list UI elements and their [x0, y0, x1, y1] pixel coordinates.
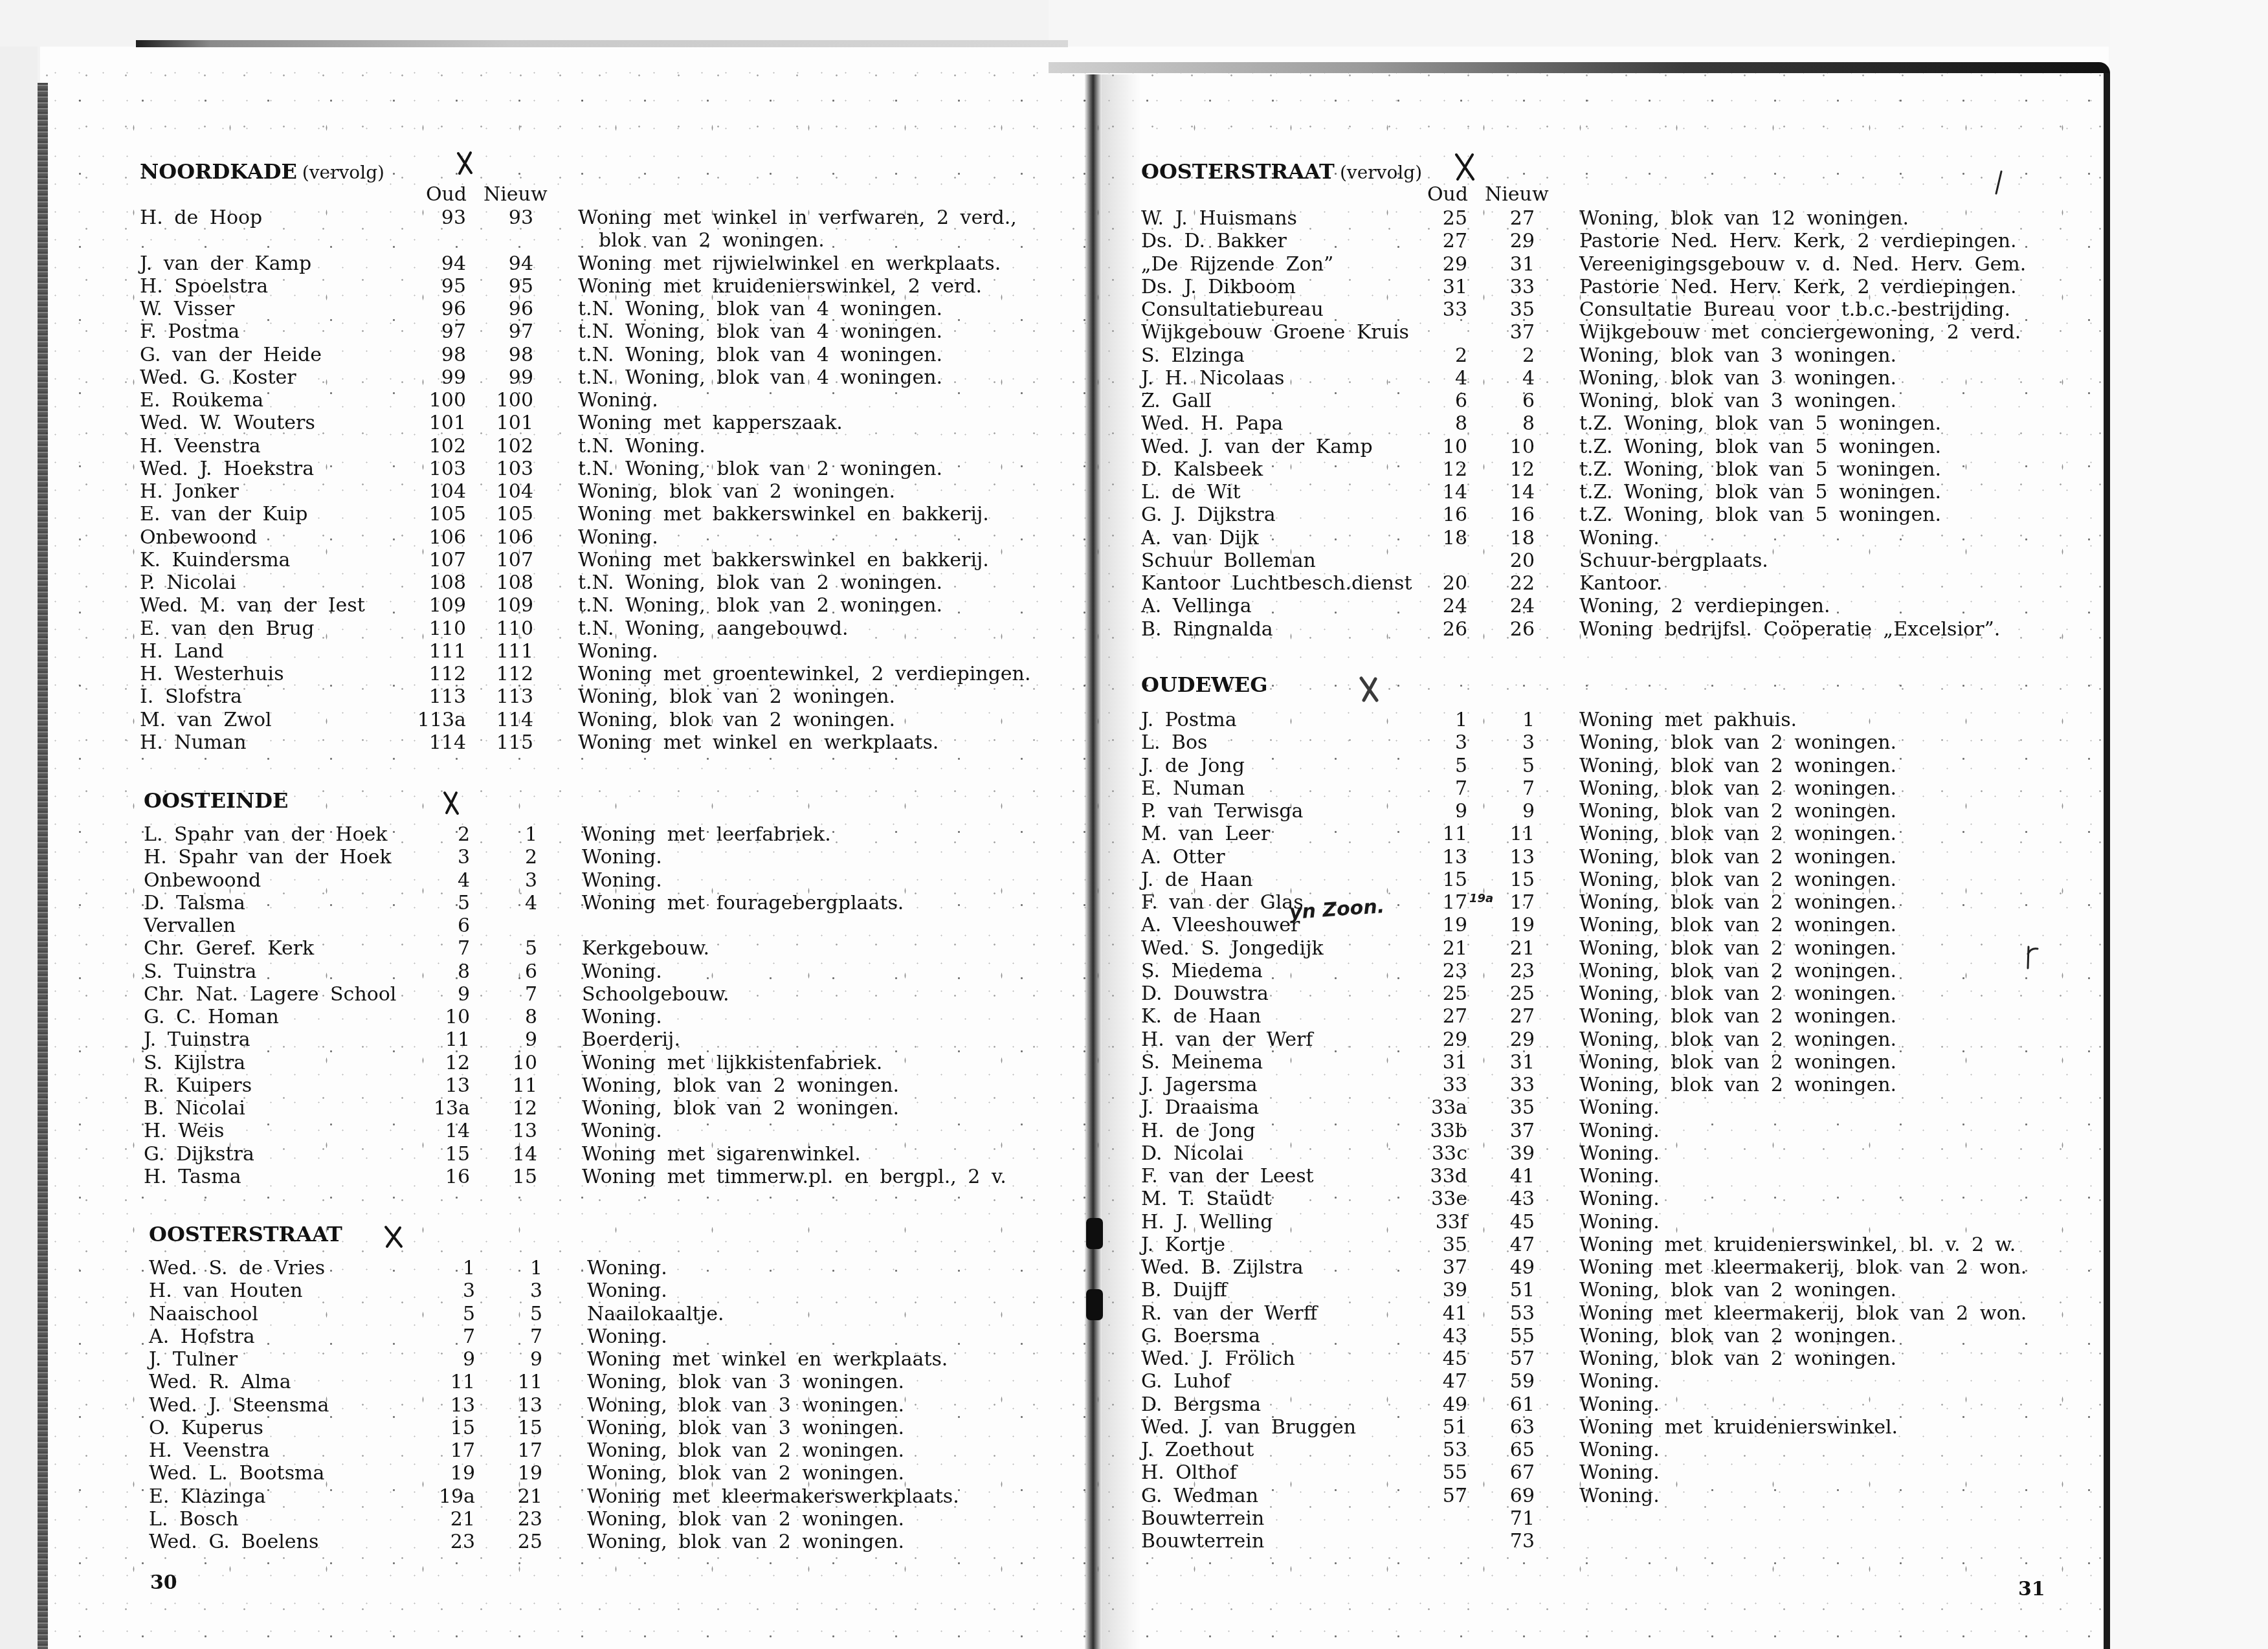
old-house-number: 19 — [397, 1462, 475, 1485]
table-row: M. van Zwol 113a 114 Woning, blok van 2 … — [140, 709, 1072, 731]
old-house-number: 13 — [1390, 846, 1467, 869]
new-house-number: 43 — [1470, 1188, 1535, 1210]
old-house-number: 25 — [1390, 207, 1467, 230]
resident-name: D. Talsma — [144, 892, 245, 914]
resident-name: Kantoor Luchtbesch.dienst — [1141, 572, 1412, 595]
building-description: Woning met timmerw.pl. en bergpl., 2 v. — [582, 1166, 1006, 1188]
old-house-number: 9 — [1390, 800, 1467, 823]
resident-name: H. Westerhuis — [140, 663, 284, 685]
new-house-number: 97 — [469, 320, 533, 343]
row-line: A. Hofstra 7 7 Woning. — [149, 1325, 1081, 1348]
resident-name: L. de Wit — [1141, 481, 1240, 504]
row-line: S. Miedema 23 23 Woning, blok van 2 woni… — [1141, 960, 2073, 982]
new-house-number: 67 — [1470, 1461, 1535, 1484]
row-line: Schuur Bolleman 20 Schuur-bergplaats. — [1141, 549, 2073, 572]
resident-name: W. J. Huismans — [1141, 207, 1297, 230]
resident-name: Ds. D. Bakker — [1141, 230, 1287, 252]
building-description: Vereenigingsgebouw v. d. Ned. Herv. Gem. — [1579, 253, 2026, 276]
building-description: Woning, blok van 2 woningen. — [1579, 960, 1896, 982]
row-line: F. Postma 97 97 t.N. Woning, blok van 4 … — [140, 320, 1072, 343]
new-house-number: 14 — [1470, 481, 1535, 504]
continued-label: (vervolg) — [302, 162, 384, 183]
resident-name: I. Slofstra — [140, 685, 242, 708]
new-house-number: 4 — [472, 892, 537, 914]
new-house-number: 1 — [1470, 709, 1535, 731]
row-line: H. Westerhuis 112 112 Woning met groente… — [140, 663, 1072, 685]
table-row: G. J. Dijkstra 16 16 t.Z. Woning, blok v… — [1141, 504, 2073, 526]
old-house-number: 19a — [397, 1485, 475, 1508]
booklet-spine — [1085, 74, 1102, 1649]
resident-name: H. van der Werf — [1141, 1028, 1313, 1051]
table-row: J. de Haan 15 15 Woning, blok van 2 woni… — [1141, 869, 2073, 891]
building-description: Woning. — [582, 1120, 662, 1142]
new-house-number: 63 — [1470, 1416, 1535, 1439]
new-house-number: 51 — [1470, 1279, 1535, 1301]
resident-name: J. Zoethout — [1141, 1439, 1254, 1461]
resident-name: H. Land — [140, 640, 224, 663]
old-house-number: 98 — [388, 344, 466, 366]
section-heading: OOSTERSTRAAT — [149, 1223, 1081, 1246]
table-row: Wed. S. Jongedijk 21 21 Woning, blok van… — [1141, 937, 2073, 960]
resident-name: Wed. G. Koster — [140, 366, 296, 389]
old-house-number: 6 — [392, 914, 470, 937]
building-description: Woning met kapperszaak. — [578, 412, 843, 434]
old-house-number: 13 — [397, 1394, 475, 1417]
building-description: Schuur-bergplaats. — [1579, 549, 1768, 572]
old-house-number: 8 — [1390, 412, 1467, 435]
handwritten-x-mark-icon — [1356, 676, 1382, 702]
row-line: Chr. Geref. Kerk 7 5 Kerkgebouw. — [144, 937, 1076, 960]
table-row: Wed. W. Wouters 101 101 Woning met kappe… — [140, 412, 1072, 434]
row-line: K. de Haan 27 27 Woning, blok van 2 woni… — [1141, 1005, 2073, 1028]
old-house-number: 33f — [1390, 1211, 1467, 1234]
new-house-number: 102 — [469, 435, 533, 458]
building-description: t.Z. Woning, blok van 5 woningen. — [1579, 458, 1941, 481]
new-house-number: 109 — [469, 594, 533, 617]
resident-name: D. Douwstra — [1141, 982, 1269, 1005]
resident-name: J. Postma — [1141, 709, 1237, 731]
table-row: W. Visser 96 96 t.N. Woning, blok van 4 … — [140, 298, 1072, 320]
row-line: H. Weis 14 13 Woning. — [144, 1120, 1076, 1142]
street-name: OOSTEINDE — [144, 788, 288, 813]
new-house-number: 33 — [1470, 1074, 1535, 1096]
new-house-number: 26 — [1470, 618, 1535, 641]
old-house-number: 14 — [392, 1120, 470, 1142]
building-description: Pastorie Ned. Herv. Kerk, 2 verdiepingen… — [1579, 230, 2017, 252]
table-row: H. J. Welling 33f 45 Woning. — [1141, 1211, 2073, 1234]
table-row: S. Tuinstra 8 6 Woning. — [144, 960, 1076, 983]
old-house-number: 12 — [392, 1052, 470, 1074]
row-line: E. Klazinga 19a 21 Woning met kleermaker… — [149, 1485, 1081, 1508]
table-row: A. Otter 13 13 Woning, blok van 2 woning… — [1141, 846, 2073, 869]
resident-name: Wed. J. van der Kamp — [1141, 436, 1373, 458]
page-top-edge — [136, 40, 1068, 47]
old-house-number: 97 — [388, 320, 466, 343]
row-line: G. Wedman 57 69 Woning. — [1141, 1485, 2073, 1507]
new-house-number: 98 — [469, 344, 533, 366]
row-line: B. Duijff 39 51 Woning, blok van 2 wonin… — [1141, 1279, 2073, 1301]
new-house-number: 13 — [478, 1394, 542, 1417]
building-description: Schoolgebouw. — [582, 983, 729, 1006]
row-line: J. Tuinstra 11 9 Boerderij. — [144, 1028, 1076, 1051]
resident-name: Wed. J. van Bruggen — [1141, 1416, 1356, 1439]
building-description: Woning met kleermakerij, blok van 2 won. — [1579, 1302, 2027, 1325]
resident-name: Naaischool — [149, 1303, 258, 1325]
building-description: Woning met bakkerswinkel en bakkerij. — [578, 549, 989, 571]
resident-name: A. Hofstra — [149, 1325, 255, 1348]
table-row: Wed. R. Alma 11 11 Woning, blok van 3 wo… — [149, 1371, 1081, 1393]
table-row: H. van der Werf 29 29 Woning, blok van 2… — [1141, 1028, 2073, 1051]
row-line: Wed. B. Zijlstra 37 49 Woning met kleerm… — [1141, 1256, 2073, 1279]
resident-name: F. van der Glas — [1141, 891, 1304, 914]
resident-name: H. van Houten — [149, 1279, 303, 1302]
row-line: G. Luhof 47 59 Woning. — [1141, 1370, 2073, 1393]
building-description: Woning. — [1579, 1211, 1660, 1234]
column-header-oud: Oud — [1390, 183, 1468, 206]
resident-name: Wed. L. Bootsma — [149, 1462, 324, 1485]
new-house-number: 114 — [469, 709, 533, 731]
old-house-number: 20 — [1390, 572, 1467, 595]
old-house-number: 7 — [392, 937, 470, 960]
new-house-number: 6 — [1470, 390, 1535, 412]
table-row: R. van der Werff 41 53 Woning met kleerm… — [1141, 1302, 2073, 1325]
row-line: R. Kuipers 13 11 Woning, blok van 2 woni… — [144, 1074, 1076, 1097]
new-house-number: 15 — [1470, 869, 1535, 891]
building-description: Woning. — [587, 1279, 667, 1302]
old-house-number: 31 — [1390, 276, 1467, 298]
table-row: S. Elzinga 2 2 Woning, blok van 3 woning… — [1141, 344, 2073, 367]
building-description: Woning met winkel in verfwaren, 2 verd., — [578, 206, 1017, 229]
resident-name: Onbewoond — [140, 526, 257, 549]
old-house-number: 10 — [1390, 436, 1467, 458]
new-house-number: 2 — [472, 846, 537, 869]
table-row: H. Numan 114 115 Woning met winkel en we… — [140, 731, 1072, 754]
old-house-number: 17 — [397, 1439, 475, 1462]
new-house-number: 15 — [478, 1417, 542, 1439]
row-line: W. J. Huismans 25 27 Woning, blok van 12… — [1141, 207, 2073, 230]
old-house-number: 11 — [397, 1371, 475, 1393]
table-row: H. van Houten 3 3 Woning. — [149, 1279, 1081, 1302]
table-row: P. van Terwisga 9 9 Woning, blok van 2 w… — [1141, 800, 2073, 823]
resident-name: Chr. Geref. Kerk — [144, 937, 314, 960]
new-house-number: 73 — [1470, 1530, 1535, 1553]
new-house-number: 27 — [1470, 207, 1535, 230]
old-house-number: 43 — [1390, 1325, 1467, 1347]
building-description: Woning, blok van 2 woningen. — [1579, 755, 1896, 777]
old-house-number: 11 — [392, 1028, 470, 1051]
old-house-number: 93 — [388, 206, 466, 229]
old-house-number: 1 — [397, 1257, 475, 1279]
row-line: L. Spahr van der Hoek 2 1 Woning met lee… — [144, 823, 1076, 846]
table-row: A. Vleeshouwer 19 19 Woning, blok van 2 … — [1141, 914, 2073, 936]
resident-name: H. Spahr van der Hoek — [144, 846, 392, 869]
new-house-number: 13 — [472, 1120, 537, 1142]
new-house-number: 19 — [478, 1462, 542, 1485]
table-row: D. Talsma 5 4 Woning met fouragebergplaa… — [144, 892, 1076, 914]
resident-name: P. van Terwisga — [1141, 800, 1303, 823]
new-house-number: 13 — [1470, 846, 1535, 869]
new-house-number: 59 — [1470, 1370, 1535, 1393]
new-house-number: 71 — [1470, 1507, 1535, 1530]
new-house-number: 93 — [469, 206, 533, 229]
new-house-number: 9 — [472, 1028, 537, 1051]
building-description: Woning, blok van 2 woningen. — [582, 1074, 899, 1097]
building-description: Woning, blok van 2 woningen. — [1579, 823, 1896, 845]
new-house-number: 47 — [1470, 1234, 1535, 1256]
building-description: Woning, blok van 2 woningen. — [578, 709, 895, 731]
resident-name: O. Kuperus — [149, 1417, 263, 1439]
row-line: S. Elzinga 2 2 Woning, blok van 3 woning… — [1141, 344, 2073, 367]
resident-name: L. Bosch — [149, 1508, 239, 1531]
section-oudeweg: OUDEWEG J. Postma 1 1 Woning met pakhuis… — [1141, 673, 2073, 1553]
building-description: t.Z. Woning, blok van 5 woningen. — [1579, 436, 1941, 458]
table-row: L. Bos 3 3 Woning, blok van 2 woningen. — [1141, 731, 2073, 754]
table-row: Wed. J. van der Kamp 10 10 t.Z. Woning, … — [1141, 436, 2073, 458]
resident-name: K. de Haan — [1141, 1005, 1261, 1028]
row-line: J. Tulner 9 9 Woning met winkel en werkp… — [149, 1348, 1081, 1371]
table-row: D. Nicolai 33c 39 Woning. — [1141, 1142, 2073, 1165]
resident-name: B. Ringnalda — [1141, 618, 1273, 641]
old-house-number: 112 — [388, 663, 466, 685]
resident-name: Ds. J. Dikboom — [1141, 276, 1296, 298]
table-row: H. Weis 14 13 Woning. — [144, 1120, 1076, 1142]
resident-name: W. Visser — [140, 298, 234, 320]
new-house-number: 104 — [469, 480, 533, 503]
building-description: Woning. — [582, 846, 662, 869]
new-house-number: 29 — [1470, 1028, 1535, 1051]
resident-name: H. J. Welling — [1141, 1211, 1273, 1234]
row-line: J. H. Nicolaas 4 4 Woning, blok van 3 wo… — [1141, 367, 2073, 390]
table-row: H. Veenstra 17 17 Woning, blok van 2 won… — [149, 1439, 1081, 1462]
resident-name: P. Nicolai — [140, 571, 236, 594]
new-house-number: 17 — [478, 1439, 542, 1462]
resident-name: E. Roukema — [140, 389, 263, 412]
table-row: H. Jonker 104 104 Woning, blok van 2 won… — [140, 480, 1072, 503]
row-line: H. van Houten 3 3 Woning. — [149, 1279, 1081, 1302]
new-house-number: 9 — [478, 1348, 542, 1371]
table-row: Wed. B. Zijlstra 37 49 Woning met kleerm… — [1141, 1256, 2073, 1279]
scan-background — [2110, 0, 2268, 1649]
street-name: OOSTERSTRAAT — [149, 1222, 342, 1246]
table-row: G. Boersma 43 55 Woning, blok van 2 woni… — [1141, 1325, 2073, 1347]
scan-background — [0, 47, 38, 1649]
table-row: Ds. J. Dikboom 31 33 Pastorie Ned. Herv.… — [1141, 276, 2073, 298]
building-description: Woning. — [1579, 1461, 1660, 1484]
old-house-number: 13 — [392, 1074, 470, 1097]
table-row: Onbewoond 106 106 Woning. — [140, 526, 1072, 549]
new-house-number: 3 — [1470, 731, 1535, 754]
resident-name: G. Luhof — [1141, 1370, 1230, 1393]
old-house-number: 33d — [1390, 1165, 1467, 1188]
page-number: 31 — [2018, 1578, 2045, 1600]
resident-name: Wed. H. Papa — [1141, 412, 1283, 435]
table-row: Wed. J. Steensma 13 13 Woning, blok van … — [149, 1394, 1081, 1417]
row-line: Wed. J. Frölich 45 57 Woning, blok van 2… — [1141, 1347, 2073, 1370]
new-house-number: 25 — [1470, 982, 1535, 1005]
table-row: S. Miedema 23 23 Woning, blok van 2 woni… — [1141, 960, 2073, 982]
table-row: H. Spoelstra 95 95 Woning met kruidenier… — [140, 275, 1072, 298]
row-line: Chr. Nat. Lagere School 9 7 Schoolgebouw… — [144, 983, 1076, 1006]
table-row: P. Nicolai 108 108 t.N. Woning, blok van… — [140, 571, 1072, 594]
new-house-number: 18 — [1470, 527, 1535, 549]
table-row: J. van der Kamp 94 94 Woning met rijwiel… — [140, 252, 1072, 275]
old-house-number: 33e — [1390, 1188, 1467, 1210]
row-line: H. Numan 114 115 Woning met winkel en we… — [140, 731, 1072, 754]
old-house-number: 27 — [1390, 230, 1467, 252]
new-house-number: 55 — [1470, 1325, 1535, 1347]
table-row: H. de Jong 33b 37 Woning. — [1141, 1120, 2073, 1142]
new-house-number: 5 — [478, 1303, 542, 1325]
building-description: Naailokaaltje. — [587, 1303, 724, 1325]
building-description: Woning, blok van 2 woningen. — [1579, 731, 1896, 754]
row-line: Wed. H. Papa 8 8 t.Z. Woning, blok van 5… — [1141, 412, 2073, 435]
old-house-number: 11 — [1390, 823, 1467, 845]
table-row: B. Ringnalda 26 26 Woning bedrijfsl. Coö… — [1141, 618, 2073, 641]
row-line: Wed. W. Wouters 101 101 Woning met kappe… — [140, 412, 1072, 434]
table-row: L. Bosch 21 23 Woning, blok van 2 woning… — [149, 1508, 1081, 1531]
row-line: H. Jonker 104 104 Woning, blok van 2 won… — [140, 480, 1072, 503]
old-house-number: 37 — [1390, 1256, 1467, 1279]
row-line: K. Kuindersma 107 107 Woning met bakkers… — [140, 549, 1072, 571]
row-line: G. Dijkstra 15 14 Woning met sigarenwink… — [144, 1143, 1076, 1166]
resident-name: A. Vellinga — [1141, 595, 1252, 617]
old-house-number: 107 — [388, 549, 466, 571]
old-house-number: 49 — [1390, 1393, 1467, 1416]
building-description: Woning met rijwielwinkel en werkplaats. — [578, 252, 1001, 275]
resident-name: R. Kuipers — [144, 1074, 252, 1097]
table-row: Naaischool 5 5 Naailokaaltje. — [149, 1303, 1081, 1325]
resident-name: J. H. Nicolaas — [1141, 367, 1284, 390]
building-description: Woning, blok van 12 woningen. — [1579, 207, 1909, 230]
table-row: H. Land 111 111 Woning. — [140, 640, 1072, 663]
old-house-number: 14 — [1390, 481, 1467, 504]
row-line: A. Otter 13 13 Woning, blok van 2 woning… — [1141, 846, 2073, 869]
building-description: Woning. — [587, 1325, 667, 1348]
building-description: Woning. — [1579, 1120, 1660, 1142]
building-description: Boerderij. — [582, 1028, 680, 1051]
row-line: B. Nicolai 13a 12 Woning, blok van 2 won… — [144, 1097, 1076, 1120]
resident-name: J. Tuinstra — [144, 1028, 250, 1051]
row-line: J. de Jong 5 5 Woning, blok van 2 woning… — [1141, 755, 2073, 777]
building-description: Woning, blok van 2 woningen. — [587, 1508, 904, 1531]
building-description: Woning, blok van 2 woningen. — [1579, 914, 1896, 936]
resident-name: M. T. Staüdt — [1141, 1188, 1272, 1210]
resident-name: H. Numan — [140, 731, 246, 754]
new-house-number: 2 — [1470, 344, 1535, 367]
table-row: D. Bergsma 49 61 Woning. — [1141, 1393, 2073, 1416]
new-house-number: 65 — [1470, 1439, 1535, 1461]
building-description: Woning. — [1579, 1142, 1660, 1165]
resident-name: J. de Jong — [1141, 755, 1245, 777]
table-row: H. Tasma 16 15 Woning met timmerw.pl. en… — [144, 1166, 1076, 1188]
old-house-number: 13a — [392, 1097, 470, 1120]
new-house-number: 14 — [472, 1143, 537, 1166]
resident-name: Bouwterrein — [1141, 1530, 1264, 1553]
new-house-number: 21 — [478, 1485, 542, 1508]
building-description: Woning. — [582, 869, 662, 892]
table-row: Wed. G. Boelens 23 25 Woning, blok van 2… — [149, 1531, 1081, 1553]
row-line: H. Veenstra 102 102 t.N. Woning. — [140, 435, 1072, 458]
row-line: H. Olthof 55 67 Woning. — [1141, 1461, 2073, 1484]
resident-name: G. Wedman — [1141, 1485, 1258, 1507]
new-house-number: 5 — [1470, 755, 1535, 777]
new-house-number: 29 — [1470, 230, 1535, 252]
table-row: R. Kuipers 13 11 Woning, blok van 2 woni… — [144, 1074, 1076, 1097]
new-house-number: 37 — [1470, 1120, 1535, 1142]
resident-name: Wed. S. Jongedijk — [1141, 937, 1324, 960]
row-line: H. van der Werf 29 29 Woning, blok van 2… — [1141, 1028, 2073, 1051]
address-list: W. J. Huismans 25 27 Woning, blok van 12… — [1141, 207, 2073, 641]
new-house-number: 95 — [469, 275, 533, 298]
building-description: Woning, blok van 3 woningen. — [1579, 390, 1896, 412]
old-house-number: 5 — [397, 1303, 475, 1325]
row-line: H. Spoelstra 95 95 Woning met kruidenier… — [140, 275, 1072, 298]
resident-name: H. Veenstra — [149, 1439, 270, 1462]
old-house-number: 104 — [388, 480, 466, 503]
resident-name: G. Boersma — [1141, 1325, 1260, 1347]
table-row: J. H. Nicolaas 4 4 Woning, blok van 3 wo… — [1141, 367, 2073, 390]
row-line: Kantoor Luchtbesch.dienst 20 22 Kantoor. — [1141, 572, 2073, 595]
old-house-number: 19 — [1390, 914, 1467, 936]
old-house-number: 2 — [392, 823, 470, 846]
table-row: H. Veenstra 102 102 t.N. Woning. — [140, 435, 1072, 458]
old-house-number: 39 — [1390, 1279, 1467, 1301]
resident-name: E. van den Brug — [140, 617, 314, 640]
table-row: Chr. Nat. Lagere School 9 7 Schoolgebouw… — [144, 983, 1076, 1006]
new-house-number: 12 — [1470, 458, 1535, 481]
row-line: H. Spahr van der Hoek 3 2 Woning. — [144, 846, 1076, 869]
row-line: Z. Gall 6 6 Woning, blok van 3 woningen. — [1141, 390, 2073, 412]
old-house-number: 106 — [388, 526, 466, 549]
page-top-edge — [1049, 62, 2110, 73]
table-row: E. Numan 7 7 Woning, blok van 2 woningen… — [1141, 777, 2073, 800]
new-house-number: 37 — [1470, 321, 1535, 344]
old-house-number: 41 — [1390, 1302, 1467, 1325]
new-house-number: 61 — [1470, 1393, 1535, 1416]
new-house-number: 108 — [469, 571, 533, 594]
new-house-number: 1 — [478, 1257, 542, 1279]
old-house-number: 33 — [1390, 1074, 1467, 1096]
row-line: D. Bergsma 49 61 Woning. — [1141, 1393, 2073, 1416]
old-house-number: 25 — [1390, 982, 1467, 1005]
old-house-number: 108 — [388, 571, 466, 594]
building-description: Woning, blok van 2 woningen. — [1579, 982, 1896, 1005]
table-row: Z. Gall 6 6 Woning, blok van 3 woningen. — [1141, 390, 2073, 412]
resident-name: S. Meinema — [1141, 1051, 1263, 1074]
building-description: Woning, 2 verdiepingen. — [1579, 595, 1830, 617]
new-house-number: 107 — [469, 549, 533, 571]
address-list: Wed. S. de Vries 1 1 Woning. H. van Hout… — [149, 1257, 1081, 1553]
building-description: Woning, blok van 3 woningen. — [1579, 367, 1896, 390]
resident-name: B. Duijff — [1141, 1279, 1227, 1301]
resident-name: K. Kuindersma — [140, 549, 291, 571]
resident-name: H. Spoelstra — [140, 275, 268, 298]
new-house-number: 8 — [1470, 412, 1535, 435]
building-description: Woning. — [1579, 1188, 1660, 1210]
resident-name: Wed. G. Boelens — [149, 1531, 318, 1553]
table-row: J. Jagersma 33 33 Woning, blok van 2 won… — [1141, 1074, 2073, 1096]
table-row: K. de Haan 27 27 Woning, blok van 2 woni… — [1141, 1005, 2073, 1028]
resident-name: R. van der Werff — [1141, 1302, 1317, 1325]
handwritten-stroke-icon — [2025, 944, 2040, 971]
table-row: D. Kalsbeek 12 12 t.Z. Woning, blok van … — [1141, 458, 2073, 481]
new-house-number: 22 — [1470, 572, 1535, 595]
table-row: Schuur Bolleman 20 Schuur-bergplaats. — [1141, 549, 2073, 572]
new-house-number: 113 — [469, 685, 533, 708]
old-house-number: 95 — [388, 275, 466, 298]
new-house-number: 6 — [472, 960, 537, 983]
row-line: B. Ringnalda 26 26 Woning bedrijfsl. Coö… — [1141, 618, 2073, 641]
